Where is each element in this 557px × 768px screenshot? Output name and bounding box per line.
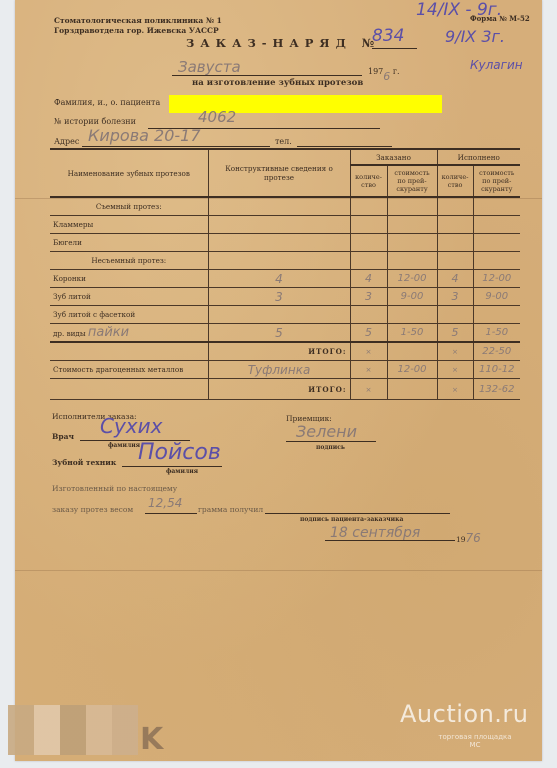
- organization-block: Стоматологическая поликлиника № 1 Горздр…: [54, 16, 222, 36]
- receiver-caption: подпись: [316, 444, 345, 451]
- row-done-cost: 9-00: [473, 288, 520, 306]
- auction-watermark: Auction.ru: [400, 700, 529, 728]
- table-row: Зуб литой 3 3 9-00 3 9-00: [50, 288, 520, 306]
- technician-signature: Пойсов: [138, 440, 221, 465]
- receiver-underline: [286, 441, 376, 442]
- metals-done-cost: 110-12: [473, 361, 520, 379]
- annotation-signature: Кулагин: [470, 58, 523, 72]
- grand-total-row: ИТОГО: × × 132-62: [50, 379, 520, 400]
- patient-signature-underline: [265, 513, 450, 514]
- grand-total-label: ИТОГО:: [208, 379, 350, 400]
- order-number: 834: [372, 26, 404, 46]
- doctor-label: Врач: [52, 432, 74, 441]
- address-underline: [82, 146, 270, 147]
- year-unit: г.: [393, 67, 400, 76]
- year-suffix: 6: [383, 70, 390, 83]
- grand-total-ordered-cost: [387, 379, 437, 400]
- row-name: др. виды пайки: [50, 324, 208, 343]
- row-name-handwritten: пайки: [88, 325, 129, 340]
- date-underline: [172, 75, 362, 76]
- table-row: Кламмеры: [50, 216, 520, 234]
- metals-handwritten: Туфлинка: [208, 361, 350, 379]
- watermark-sub-1: торговая площадка: [430, 733, 520, 741]
- metals-done-qty: ×: [437, 361, 473, 379]
- total-ordered-qty: ×: [350, 342, 387, 361]
- row-ordered-qty: 5: [350, 324, 387, 343]
- row-ordered-qty: 4: [350, 270, 387, 288]
- address-label: Адрес: [54, 137, 79, 146]
- order-date: Завуста: [178, 58, 241, 76]
- patient-name-label: Фамилия, и., о. пациента: [54, 98, 160, 107]
- table-row: Съемный протез:: [50, 197, 520, 216]
- made-line-2a: заказу протез весом: [52, 505, 133, 514]
- received-year-suffix: 76: [466, 531, 481, 545]
- doctor-signature: Сухих: [100, 414, 162, 438]
- total-done-qty: ×: [437, 342, 473, 361]
- phone-label: тел.: [275, 137, 292, 146]
- row-name: Коронки: [50, 270, 208, 288]
- row-done-qty: 3: [437, 288, 473, 306]
- row-ordered-cost: 9-00: [387, 288, 437, 306]
- row-done-cost: 12-00: [473, 270, 520, 288]
- technician-underline: [122, 466, 222, 467]
- grand-total-done-qty: ×: [437, 379, 473, 400]
- table-row: Зуб литой с фасеткой: [50, 306, 520, 324]
- metals-label: Стоимость драгоценных металлов: [50, 361, 208, 379]
- row-done-qty: 5: [437, 324, 473, 343]
- annotation-mid: 9/IX 3г.: [445, 27, 505, 46]
- table-row: Коронки 4 4 12-00 4 12-00: [50, 270, 520, 288]
- table-row: Бюгели: [50, 234, 520, 252]
- row-ordered-cost: 12-00: [387, 270, 437, 288]
- total-ordered-cost: [387, 342, 437, 361]
- pixelated-watermark-letter: K: [140, 722, 163, 757]
- header-done-qty: количе-ство: [437, 165, 473, 197]
- table-row: Несъемный протез:: [50, 252, 520, 270]
- received-year: 1976: [456, 531, 481, 545]
- made-line-1: Изготовленный по настоящему: [52, 484, 177, 493]
- row-construction: 3: [208, 288, 350, 306]
- row-name: Зуб литой: [50, 288, 208, 306]
- table-row: др. виды пайки 5 5 1-50 5 1-50: [50, 324, 520, 343]
- order-number-underline: [372, 48, 417, 49]
- grand-total-ordered-qty: ×: [350, 379, 387, 400]
- technician-caption: фамилия: [166, 468, 198, 475]
- total-row: ИТОГО: × × 22-50: [50, 342, 520, 361]
- row-name: Зуб литой с фасеткой: [50, 306, 208, 324]
- row-ordered-cost: 1-50: [387, 324, 437, 343]
- year: 1976 г.: [368, 64, 400, 77]
- total-done-cost: 22-50: [473, 342, 520, 361]
- row-construction: [208, 197, 350, 216]
- annotation-top: 14/IX - 9г.: [416, 0, 502, 20]
- auction-watermark-sub: торговая площадка MC: [430, 733, 520, 749]
- history-value: 4062: [198, 108, 236, 126]
- row-name: Бюгели: [50, 234, 208, 252]
- row-ordered-qty: 3: [350, 288, 387, 306]
- metals-ordered-qty: ×: [350, 361, 387, 379]
- doctor-caption: фамилия: [108, 442, 140, 449]
- received-date-underline: [325, 540, 455, 541]
- grand-total-done-cost: 132-62: [473, 379, 520, 400]
- total-label: ИТОГО:: [208, 342, 350, 361]
- row-done-cost: 1-50: [473, 324, 520, 343]
- address-value: Кирова 20-17: [88, 126, 201, 145]
- page-title: ЗАКАЗ-НАРЯД №: [186, 36, 380, 50]
- weight-value: 12,54: [148, 496, 182, 510]
- watermark-sub-2: MC: [430, 741, 520, 749]
- row-done-qty: 4: [437, 270, 473, 288]
- row-name-label: др. виды: [53, 329, 86, 338]
- header-construction: Конструктивные сведения о протезе: [208, 149, 350, 197]
- patient-signature-caption: подпись пациента-заказчика: [300, 516, 403, 523]
- received-date: 18 сентября: [330, 525, 420, 541]
- technician-label: Зубной техник: [52, 458, 116, 467]
- metals-ordered-cost: 12-00: [387, 361, 437, 379]
- prosthesis-table: Наименование зубных протезов Конструктив…: [50, 148, 520, 400]
- row-name: Кламмеры: [50, 216, 208, 234]
- row-name: Съемный протез:: [50, 197, 208, 216]
- org-line-1: Стоматологическая поликлиника № 1: [54, 16, 222, 26]
- weight-underline: [145, 513, 197, 514]
- row-construction: 4: [208, 270, 350, 288]
- row-name: Несъемный протез:: [50, 252, 208, 270]
- receiver-signature: Зелени: [296, 422, 357, 441]
- pixelated-watermark: [8, 705, 138, 755]
- header-ordered-qty: количе-ство: [350, 165, 387, 197]
- header-ordered: Заказано: [350, 149, 437, 165]
- history-label: № истории болезни: [54, 117, 136, 126]
- header-done: Исполнено: [437, 149, 520, 165]
- received-year-prefix: 19: [456, 535, 466, 544]
- metals-row: Стоимость драгоценных металлов Туфлинка …: [50, 361, 520, 379]
- year-prefix: 197: [368, 67, 383, 76]
- subtitle: на изготовление зубных протезов: [192, 78, 363, 88]
- row-construction: 5: [208, 324, 350, 343]
- org-line-2: Горздравотдела гор. Ижевска УАССР: [54, 26, 222, 36]
- made-line-2b: грамма получил: [198, 505, 263, 514]
- phone-underline: [297, 146, 392, 147]
- header-done-cost: стоимость по прей-скуранту: [473, 165, 520, 197]
- header-name: Наименование зубных протезов: [50, 149, 208, 197]
- paper-fold: [15, 570, 542, 571]
- header-ordered-cost: стоимость по прей-скуранту: [387, 165, 437, 197]
